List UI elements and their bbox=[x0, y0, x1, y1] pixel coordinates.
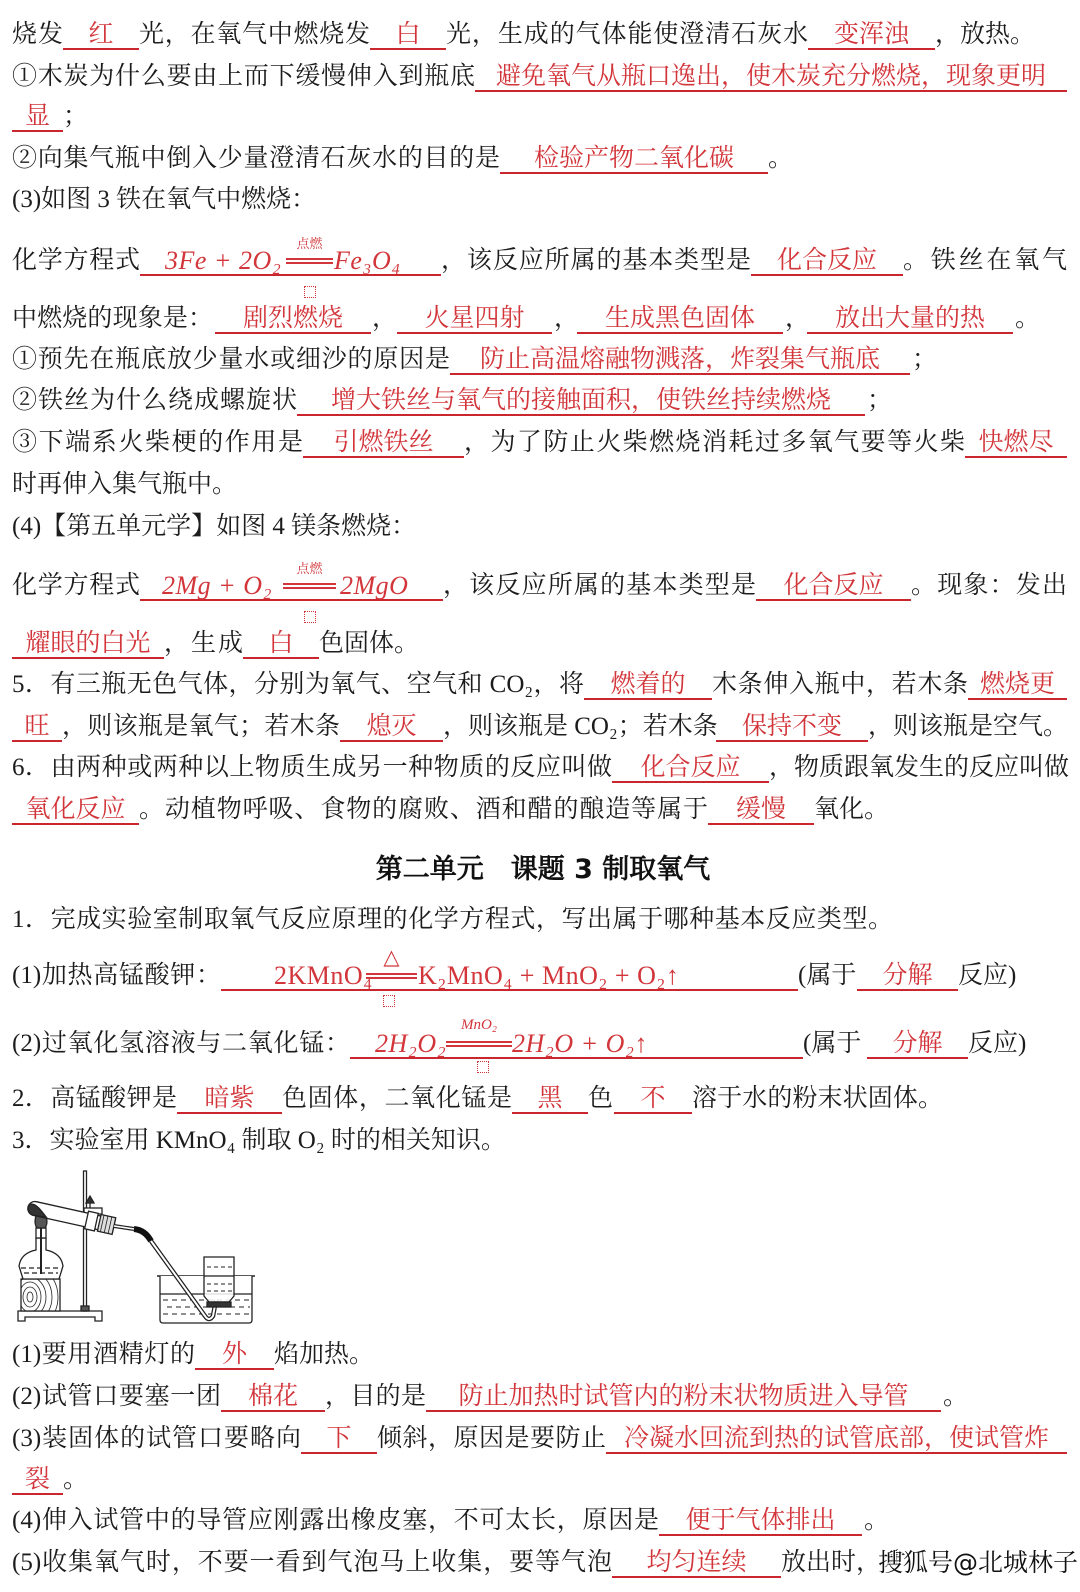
iron-q1-line: ①预先在瓶底放少量水或细沙的原因是 防止高温熔融物溅落，炸裂集气瓶底 ； bbox=[0, 345, 1080, 375]
answer-blank: 下 bbox=[301, 1424, 377, 1454]
answer-blank: 燃着的 bbox=[584, 670, 712, 700]
iron-q3-line: ③下端系火柴梗的作用是 引燃铁丝 ，为了防止火柴燃烧消耗过多氧气要等火柴 快燃尽 bbox=[0, 428, 1080, 458]
answer-blank: 防止加热时试管内的粉末状物质进入导管 bbox=[426, 1382, 941, 1412]
iron-phenomena-line: 中燃烧的现象是： 剧烈燃烧 ， 火星四射 ， 生成黑色固体 ， 放出大量的热 。 bbox=[0, 304, 1080, 334]
text: ，物质跟氧发生的反应叫做 bbox=[769, 753, 1067, 783]
answer-blank: 便于气体排出 bbox=[659, 1506, 862, 1536]
answer-blank: 燃烧更 bbox=[968, 670, 1067, 700]
text: (属于 bbox=[803, 1029, 861, 1059]
text: 光，在氧气中燃烧发 bbox=[139, 20, 370, 50]
equals-arrow-icon bbox=[366, 973, 417, 979]
answer-blank: 分解 bbox=[857, 961, 958, 991]
text: 氧化。 bbox=[814, 795, 889, 825]
text: ，放热。 bbox=[935, 20, 1035, 50]
text: 烧发 bbox=[12, 20, 63, 50]
answer-blank: 不 bbox=[614, 1084, 692, 1114]
watermark: 搜狐号@北城林子 bbox=[878, 1548, 1078, 1578]
answer-blank: 化合反应 bbox=[756, 571, 911, 601]
answer-blank: 生成黑色固体 bbox=[577, 304, 783, 334]
answer-blank: 检验产物二氧化碳 bbox=[500, 144, 768, 174]
text: ； bbox=[867, 386, 892, 416]
answer-blank: 变浑浊 bbox=[808, 20, 935, 50]
answer-blank: 快燃尽 bbox=[965, 428, 1067, 458]
charcoal-q2-line: ②向集气瓶中倒入少量澄清石灰水的目的是 检验产物二氧化碳 。 bbox=[0, 144, 1080, 174]
placeholder-box-icon bbox=[304, 286, 316, 298]
lesson3-q3-item3: (3)装固体的试管口要略向 下 倾斜，原因是要防止 冷凝水回流到热的试管底部，使… bbox=[0, 1424, 1080, 1454]
answer-blank: 黑 bbox=[512, 1084, 588, 1114]
equals-arrow-icon bbox=[446, 1041, 512, 1047]
charcoal-q1-line2: 显 ； bbox=[0, 102, 1080, 132]
equation-condition: 点燃 bbox=[286, 237, 333, 251]
text: 时再伸入集气瓶中。 bbox=[12, 470, 237, 500]
equation-reactants: 2Mg + O₂ bbox=[162, 571, 272, 601]
text: ，则该瓶是 CO₂；若木条 bbox=[443, 712, 716, 742]
lab-apparatus-diagram-icon bbox=[0, 1160, 260, 1330]
question-text: ①木炭为什么要由上而下缓慢伸入到瓶底 bbox=[12, 62, 475, 92]
equation-condition: 点燃 bbox=[283, 562, 336, 576]
lesson3-q3-item4: (4)伸入试管中的导管应刚露出橡皮塞，不可太长，原因是 便于气体排出 。 bbox=[0, 1506, 1080, 1536]
question-text: ②铁丝为什么绕成螺旋状 bbox=[12, 386, 297, 416]
equation-blank: 3Fe + 2O₂ 点燃 Fe₃O₄ bbox=[140, 246, 441, 276]
equation-products: 2H₂O + O₂↑ bbox=[512, 1029, 648, 1059]
answer-blank: 分解 bbox=[867, 1029, 968, 1059]
question-text: 5．有三瓶无色气体，分别为氧气、空气和 CO₂，将 bbox=[12, 670, 584, 700]
answer-blank: 放出大量的热 bbox=[807, 304, 1013, 334]
text: ； bbox=[912, 345, 937, 375]
text: ，则该瓶是空气。 bbox=[868, 712, 1062, 742]
text: 。 bbox=[1015, 304, 1040, 334]
lesson3-q3-item2: (2)试管口要塞一团 棉花 ，目的是 防止加热时试管内的粉末状物质进入导管 。 bbox=[0, 1382, 1080, 1412]
iron-title-line: (3)如图 3 铁在氧气中燃烧： bbox=[0, 185, 1080, 215]
equation-catalyst: MnO₂ bbox=[446, 1017, 512, 1033]
question-text: (5)收集氧气时，不要一看到气泡马上收集，要等气泡 bbox=[12, 1548, 612, 1578]
magnesium-phenomena-line: 耀眼的白光 ，生成 白 色固体。 bbox=[0, 629, 1080, 659]
lesson3-q3-prompt-line: 3．实验室用 KMnO₄ 制取 O₂ 时的相关知识。 bbox=[0, 1126, 1080, 1156]
text: 木条伸入瓶中，若木条 bbox=[712, 670, 968, 700]
text: 中燃烧的现象是： bbox=[12, 304, 213, 334]
text: 焰加热。 bbox=[274, 1340, 374, 1370]
text: 溶于水的粉末状固体。 bbox=[692, 1084, 943, 1114]
text: 化学方程式 bbox=[12, 571, 140, 601]
equation-reactants: 2H₂O₂ bbox=[375, 1029, 446, 1059]
text: (1)加热高锰酸钾： bbox=[12, 961, 221, 991]
magnesium-title-line: (4)【第五单元学】如图 4 镁条燃烧： bbox=[0, 512, 1080, 542]
text: 。 bbox=[63, 1465, 88, 1495]
answer-blank: 耀眼的白光 bbox=[12, 629, 164, 659]
lesson3-q2-line: 2．高锰酸钾是 暗紫 色固体，二氧化锰是 黑 色 不 溶于水的粉末状固体。 bbox=[0, 1084, 1080, 1114]
answer-blank: 显 bbox=[12, 102, 63, 132]
answer-blank: 化合反应 bbox=[612, 753, 769, 783]
text: 。 bbox=[943, 1382, 968, 1412]
placeholder-box-icon bbox=[383, 995, 395, 1007]
text: 。 bbox=[864, 1506, 889, 1536]
equation-blank: 2Mg + O₂ 点燃 2MgO bbox=[140, 571, 443, 601]
q6-line1: 6．由两种或两种以上物质生成另一种物质的反应叫做 化合反应 ，物质跟氧发生的反应… bbox=[0, 753, 1080, 783]
text: ， bbox=[372, 304, 397, 334]
lesson-heading: 第二单元 课题 3 制取氧气 bbox=[3, 853, 1080, 887]
equation-products: Fe₃O₄ bbox=[334, 246, 401, 276]
magnesium-equation-line: 化学方程式 2Mg + O₂ 点燃 2MgO ，该反应所属的基本类型是 化合反应… bbox=[0, 571, 1080, 601]
text: ， bbox=[554, 304, 579, 334]
answer-blank: 保持不变 bbox=[716, 712, 868, 742]
text: ，该反应所属的基本类型是 bbox=[441, 246, 751, 276]
text: ，该反应所属的基本类型是 bbox=[443, 571, 756, 601]
answer-blank: 白 bbox=[370, 20, 446, 50]
q5-line2: 旺 ，则该瓶是氧气；若木条 熄灭 ，则该瓶是 CO₂；若木条 保持不变 ，则该瓶… bbox=[0, 712, 1080, 742]
text: (2)过氧化氢溶液与二氧化锰： bbox=[12, 1029, 350, 1059]
kmno4-equation-line: (1)加热高锰酸钾： 2KMnO₄ △ K₂MnO₄ + MnO₂ + O₂↑ … bbox=[0, 961, 1080, 991]
text: 色固体。 bbox=[319, 629, 419, 659]
answer-blank: 棉花 bbox=[221, 1382, 325, 1412]
iron-equation-line: 化学方程式 3Fe + 2O₂ 点燃 Fe₃O₄ ，该反应所属的基本类型是 化合… bbox=[0, 246, 1080, 276]
text: ，生成 bbox=[164, 629, 243, 659]
text: 。 bbox=[768, 144, 793, 174]
answer-blank: 熄灭 bbox=[340, 712, 443, 742]
equals-arrow-icon bbox=[283, 583, 336, 589]
iron-q2-line: ②铁丝为什么绕成螺旋状 增大铁丝与氧气的接触面积，使铁丝持续燃烧 ； bbox=[0, 386, 1080, 416]
text: ，为了防止火柴燃烧消耗过多氧气要等火柴 bbox=[464, 428, 965, 458]
answer-blank: 白 bbox=[243, 629, 319, 659]
answer-blank: 旺 bbox=[12, 712, 62, 742]
charcoal-combustion-line: 烧发 红 光，在氧气中燃烧发 白 光，生成的气体能使澄清石灰水 变浑浊 ，放热。 bbox=[0, 20, 1080, 50]
question-text: (2)试管口要塞一团 bbox=[12, 1382, 221, 1412]
text: 色 bbox=[588, 1084, 613, 1114]
answer-blank: 增大铁丝与氧气的接触面积，使铁丝持续燃烧 bbox=[297, 386, 865, 416]
text: 。现象：发出 bbox=[911, 571, 1067, 601]
question-text: 6．由两种或两种以上物质生成另一种物质的反应叫做 bbox=[12, 753, 612, 783]
question-text: (4)伸入试管中的导管应刚露出橡皮塞，不可太长，原因是 bbox=[12, 1506, 659, 1536]
text: 。铁丝在氧气 bbox=[903, 246, 1067, 276]
question-text: 1．完成实验室制取氧气反应原理的化学方程式，写出属于哪种基本反应类型。 bbox=[12, 905, 893, 935]
question-text: ③下端系火柴梗的作用是 bbox=[12, 428, 303, 458]
text: 反应) bbox=[968, 1029, 1026, 1059]
answer-blank: 化合反应 bbox=[751, 246, 903, 276]
q5-line1: 5．有三瓶无色气体，分别为氧气、空气和 CO₂，将 燃着的 木条伸入瓶中，若木条… bbox=[0, 670, 1080, 700]
text: 倾斜，原因是要防止 bbox=[377, 1424, 606, 1454]
equation-reactants: 3Fe + 2O₂ bbox=[165, 246, 281, 276]
equals-arrow-icon bbox=[286, 258, 333, 264]
lesson3-q3-item3-line2: 裂 。 bbox=[0, 1465, 1080, 1495]
answer-blank: 氧化反应 bbox=[12, 795, 139, 825]
h2o2-equation-line: (2)过氧化氢溶液与二氧化锰： 2H₂O₂ MnO₂ 2H₂O + O₂↑ (属… bbox=[0, 1029, 1080, 1059]
lesson3-q1-prompt-line: 1．完成实验室制取氧气反应原理的化学方程式，写出属于哪种基本反应类型。 bbox=[0, 905, 1080, 935]
question-text: (1)要用酒精灯的 bbox=[12, 1340, 195, 1370]
answer-blank: 暗紫 bbox=[177, 1084, 282, 1114]
answer-blank: 剧烈燃烧 bbox=[215, 304, 371, 334]
question-text: ②向集气瓶中倒入少量澄清石灰水的目的是 bbox=[12, 144, 500, 174]
text: ； bbox=[63, 102, 88, 132]
section-title: (3)如图 3 铁在氧气中燃烧： bbox=[12, 185, 316, 215]
answer-blank: 均匀连续 bbox=[612, 1548, 781, 1578]
answer-blank: 红 bbox=[63, 20, 139, 50]
answer-blank: 火星四射 bbox=[397, 304, 552, 334]
placeholder-box-icon bbox=[477, 1061, 489, 1073]
text: 化学方程式 bbox=[12, 246, 140, 276]
equation-blank: 2KMnO₄ △ K₂MnO₄ + MnO₂ + O₂↑ bbox=[221, 961, 798, 991]
text: ，则该瓶是氧气；若木条 bbox=[62, 712, 340, 742]
answer-blank: 防止高温熔融物溅落，炸裂集气瓶底 bbox=[450, 345, 910, 375]
answer-blank: 引燃铁丝 bbox=[303, 428, 464, 458]
section-title: (4)【第五单元学】如图 4 镁条燃烧： bbox=[12, 512, 416, 542]
text: ，目的是 bbox=[325, 1382, 426, 1412]
text: 光，生成的气体能使澄清石灰水 bbox=[446, 20, 808, 50]
question-text: 3．实验室用 KMnO₄ 制取 O₂ 时的相关知识。 bbox=[12, 1126, 506, 1156]
iron-q3-line2: 时再伸入集气瓶中。 bbox=[0, 470, 1080, 500]
text: 。动植物呼吸、食物的腐败、酒和醋的酿造等属于 bbox=[139, 795, 708, 825]
answer-blank: 缓慢 bbox=[708, 795, 814, 825]
text: 色固体，二氧化锰是 bbox=[282, 1084, 512, 1114]
answer-blank: 避免氧气从瓶口逸出，使木炭充分燃烧，现象更明 bbox=[475, 62, 1067, 92]
question-text: ①预先在瓶底放少量水或细沙的原因是 bbox=[12, 345, 450, 375]
answer-blank: 外 bbox=[195, 1340, 274, 1370]
text: 反应) bbox=[958, 961, 1016, 991]
q6-line2: 氧化反应 。动植物呼吸、食物的腐败、酒和醋的酿造等属于 缓慢 氧化。 bbox=[0, 795, 1080, 825]
equation-products: K₂MnO₄ + MnO₂ + O₂↑ bbox=[418, 961, 679, 991]
answer-blank: 裂 bbox=[12, 1465, 63, 1495]
answer-blank: 冷凝水回流到热的试管底部，使试管炸 bbox=[606, 1424, 1067, 1454]
question-text: (3)装固体的试管口要略向 bbox=[12, 1424, 301, 1454]
heat-triangle-icon: △ bbox=[366, 946, 417, 968]
equation-products: 2MgO bbox=[340, 571, 408, 601]
question-text: 2．高锰酸钾是 bbox=[12, 1084, 177, 1114]
text: (属于 bbox=[798, 961, 856, 991]
equation-reactants: 2KMnO₄ bbox=[274, 961, 373, 991]
equation-blank: 2H₂O₂ MnO₂ 2H₂O + O₂↑ bbox=[350, 1029, 803, 1059]
charcoal-q1-line: ①木炭为什么要由上而下缓慢伸入到瓶底 避免氧气从瓶口逸出，使木炭充分燃烧，现象更… bbox=[0, 62, 1080, 92]
placeholder-box-icon bbox=[304, 611, 316, 623]
lesson3-q3-item1: (1)要用酒精灯的 外 焰加热。 bbox=[0, 1340, 1080, 1370]
